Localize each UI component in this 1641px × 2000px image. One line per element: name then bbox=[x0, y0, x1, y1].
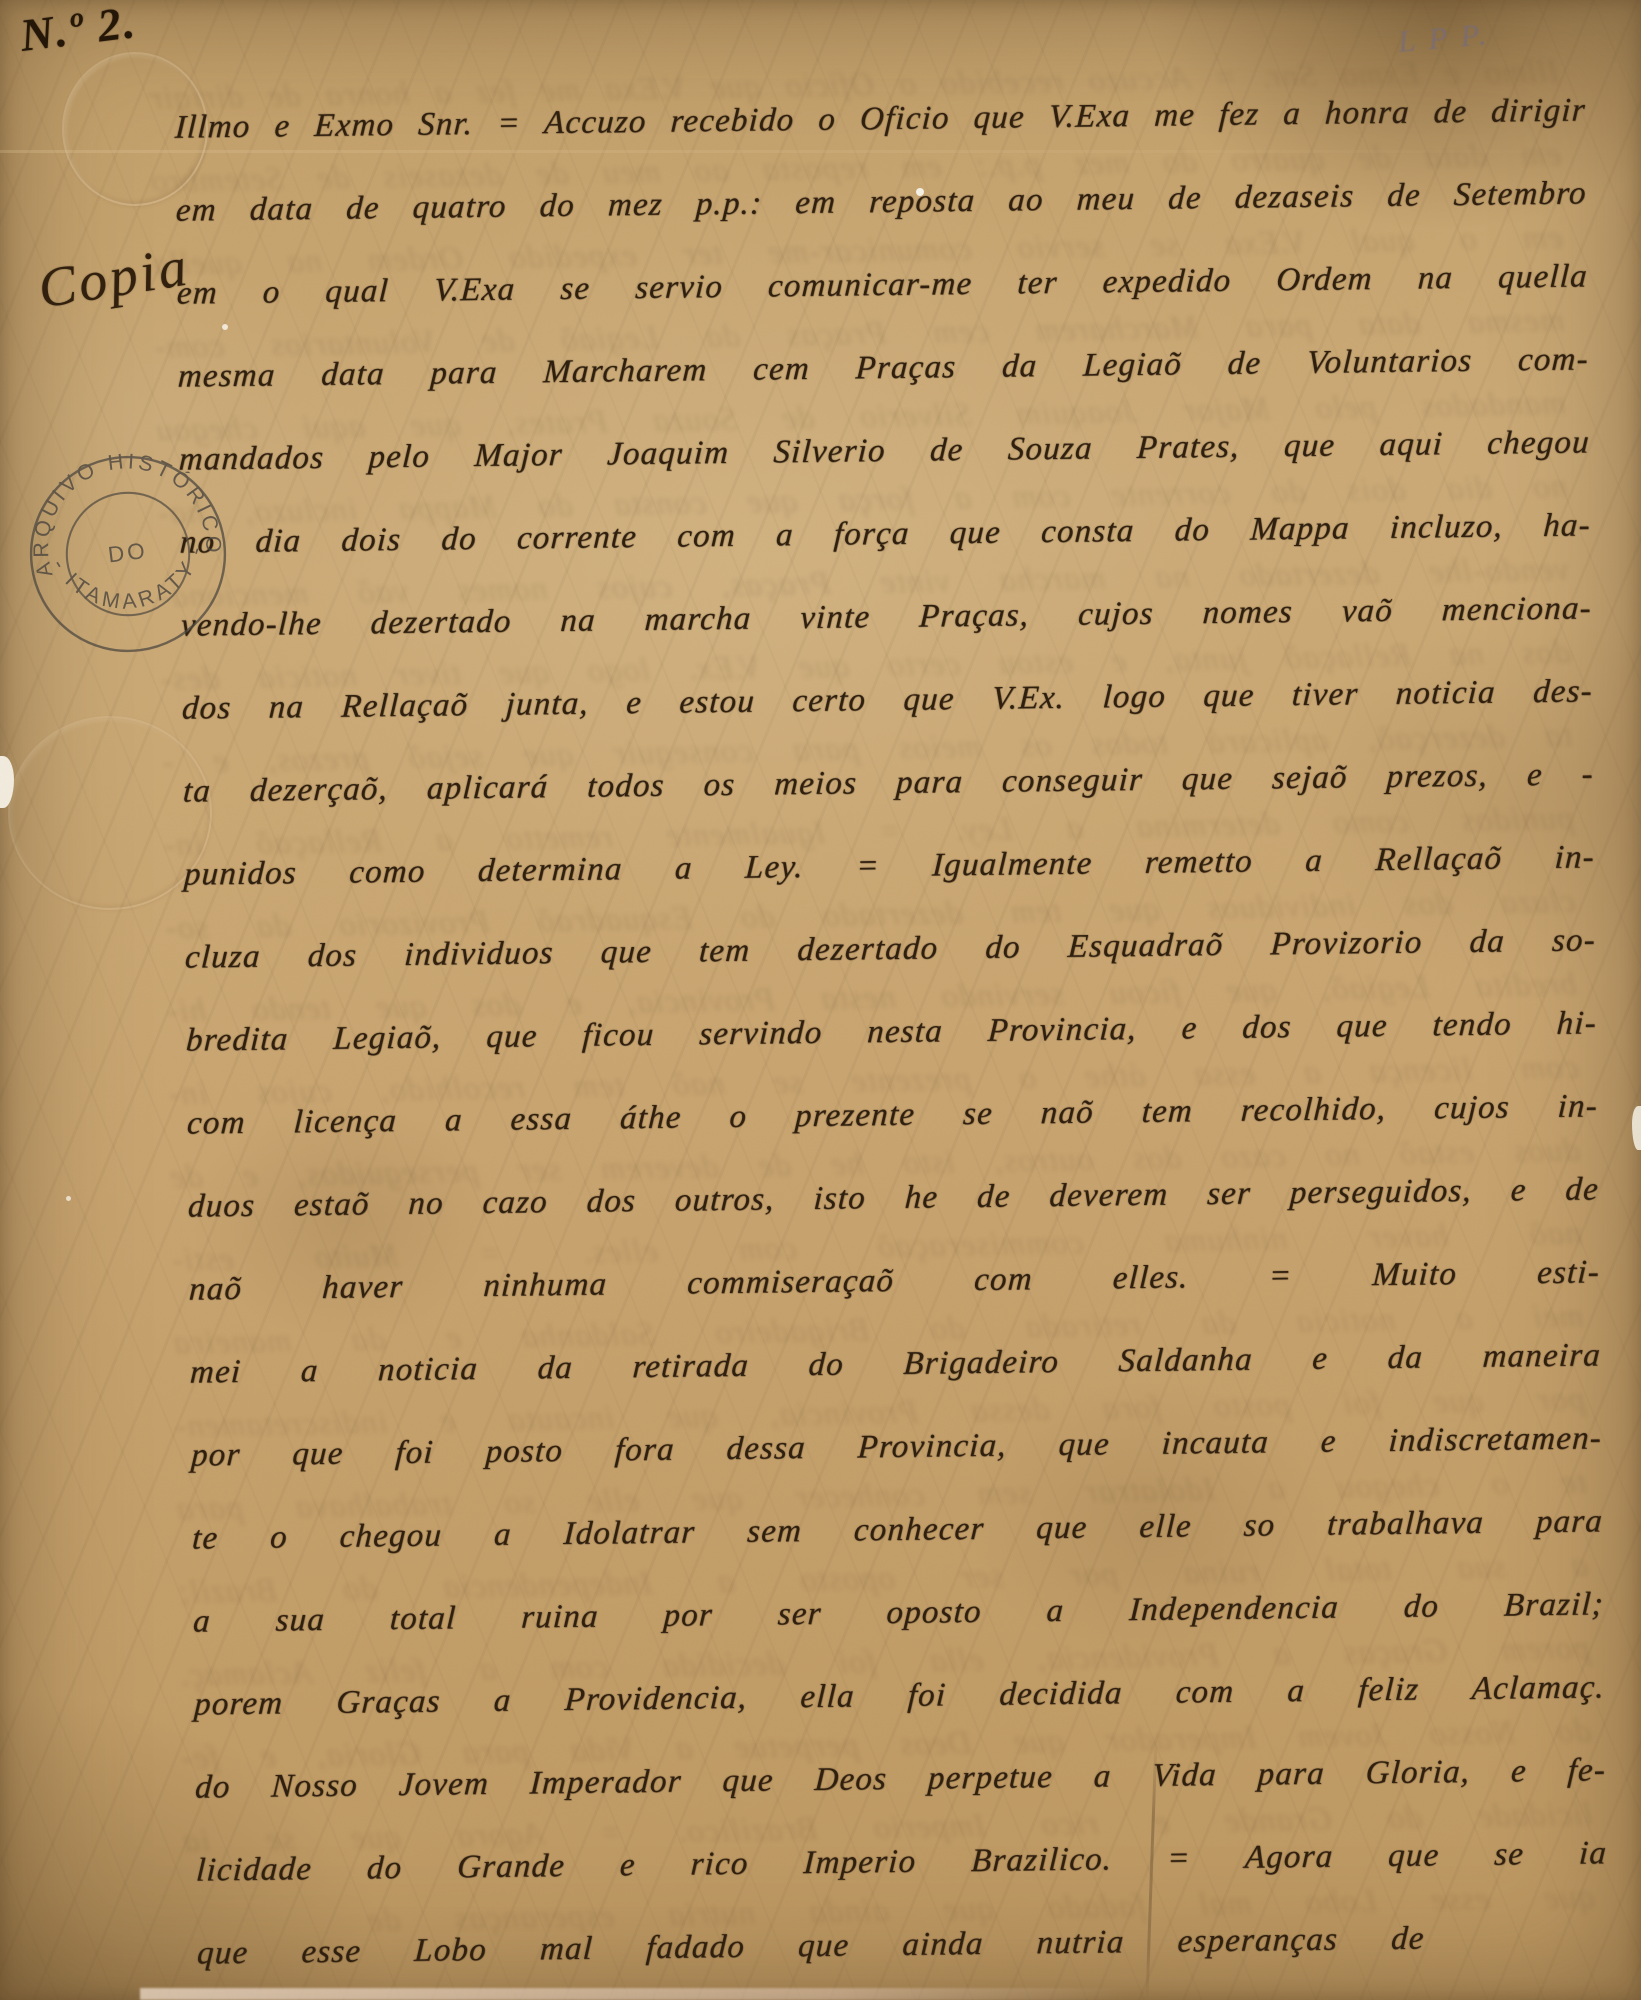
manuscript-page: Illmo e Exmo Snr. = Accuzo recebido o Of… bbox=[0, 0, 1641, 2000]
paper-chip-right-edge bbox=[1632, 1106, 1641, 1150]
paper-fleck bbox=[66, 1196, 71, 1201]
manuscript-text-block: Illmo e Exmo Snr. = Accuzo recebido o Of… bbox=[174, 69, 1608, 1995]
horizontal-crease bbox=[0, 150, 1641, 153]
paper-fleck bbox=[222, 324, 228, 330]
bottom-edge-highlight bbox=[140, 1988, 1130, 2000]
copy-label: Copia bbox=[34, 235, 194, 322]
stamp-center-text: DO bbox=[107, 538, 150, 568]
pencil-annotation: L P P. bbox=[1397, 16, 1491, 60]
manuscript-line: que esse Lobo mal fadado que ainda nutri… bbox=[195, 1898, 1427, 1996]
archive-stamp: ARQUIVO HISTÓRICO - ITAMARATY - DO bbox=[14, 438, 242, 669]
paper-fleck bbox=[916, 188, 924, 196]
